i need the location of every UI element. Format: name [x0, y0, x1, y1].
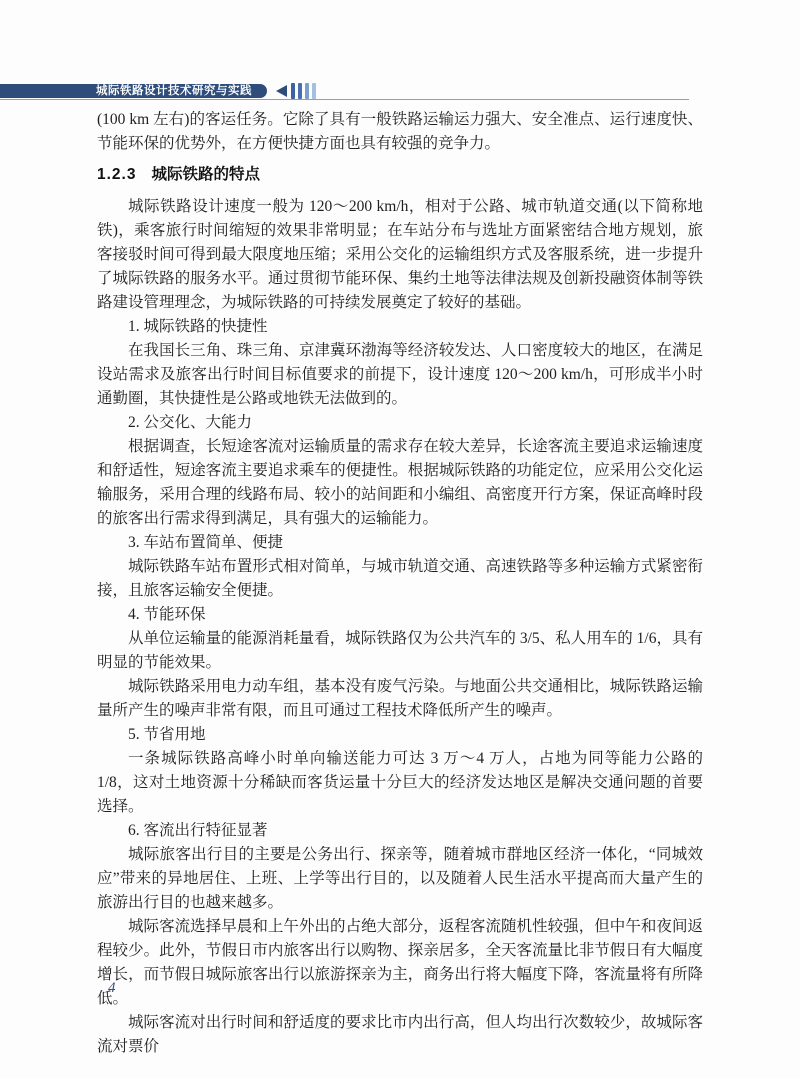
item-1-paragraph: 在我国长三角、珠三角、京津冀环渤海等经济较发达、人口密度较大的地区，在满足设站需…	[97, 339, 703, 411]
item-6-paragraph: 城际客流选择早晨和上午外出的占绝大部分，返程客流随机性较强，但中午和夜间返程较少…	[97, 915, 703, 1011]
tick-bar-icon	[312, 83, 316, 99]
item-2-paragraph: 根据调查，长短途客流对运输质量的需求存在较大差异，长途客流主要追求运输速度和舒适…	[97, 435, 703, 531]
chapter-header-bar: 城际铁路设计技术研究与实践	[0, 84, 267, 98]
page-number: 4	[108, 980, 116, 997]
section-title: 城际铁路的特点	[151, 166, 260, 183]
book-page: 城际铁路设计技术研究与实践 (100 km 左右)的客运任务。它除了具有一般铁路…	[0, 0, 800, 1078]
tick-bar-icon	[291, 83, 295, 99]
item-4-paragraph: 城际铁路采用电力动车组，基本没有废气污染。与地面公共交通相比，城际铁路运输量所产…	[97, 675, 703, 723]
item-heading-1: 1. 城际铁路的快捷性	[97, 315, 703, 339]
tick-bar-icon	[298, 83, 302, 99]
item-3-paragraph: 城际铁路车站布置形式相对简单，与城市轨道交通、高速铁路等多种运输方式紧密衔接，且…	[97, 555, 703, 603]
tick-bar-icon	[305, 83, 309, 99]
item-heading-5: 5. 节省用地	[97, 723, 703, 747]
item-4-paragraph: 从单位运输量的能源消耗量看，城际铁路仅为公共汽车的 3/5、私人用车的 1/6，…	[97, 627, 703, 675]
header-divider	[0, 99, 689, 100]
item-heading-6: 6. 客流出行特征显著	[97, 819, 703, 843]
item-5-paragraph: 一条城际铁路高峰小时单向输送能力可达 3 万～4 万人，占地为同等能力公路的 1…	[97, 747, 703, 819]
section-number: 1.2.3	[97, 166, 136, 183]
item-heading-4: 4. 节能环保	[97, 603, 703, 627]
book-title: 城际铁路设计技术研究与实践	[96, 84, 252, 98]
continuation-paragraph: (100 km 左右)的客运任务。它除了具有一般铁路运输运力强大、安全准点、运行…	[97, 108, 703, 156]
decorative-bars-icon	[291, 83, 316, 99]
item-heading-3: 3. 车站布置简单、便捷	[97, 531, 703, 555]
section-heading: 1.2.3城际铁路的特点	[97, 163, 703, 187]
left-arrow-icon	[276, 85, 287, 97]
item-6-paragraph: 城际旅客出行目的主要是公务出行、探亲等，随着城市群地区经济一体化，“同城效应”带…	[97, 843, 703, 915]
item-6-paragraph: 城际客流对出行时间和舒适度的要求比市内出行高，但人均出行次数较少，故城际客流对票…	[97, 1011, 703, 1059]
page-body-text: (100 km 左右)的客运任务。它除了具有一般铁路运输运力强大、安全准点、运行…	[97, 108, 703, 1059]
item-heading-2: 2. 公交化、大能力	[97, 411, 703, 435]
intro-paragraph: 城际铁路设计速度一般为 120～200 km/h，相对于公路、城市轨道交通(以下…	[97, 195, 703, 315]
